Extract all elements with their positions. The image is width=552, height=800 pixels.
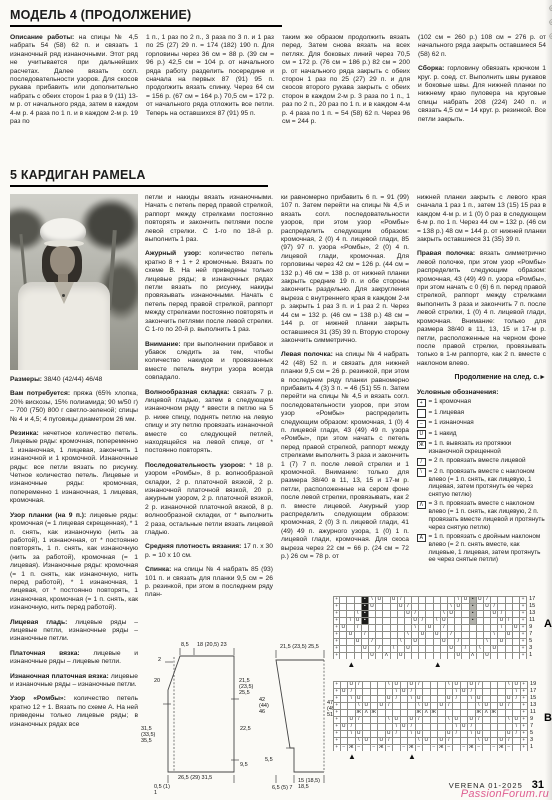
chart-cell: \ bbox=[408, 730, 416, 737]
chart-cell bbox=[378, 681, 386, 688]
chart-row-number: 5 bbox=[530, 730, 533, 737]
chart-cell: – bbox=[506, 744, 514, 751]
chart-cell: \ bbox=[355, 610, 362, 617]
model-face bbox=[50, 246, 75, 276]
chart-cell: \ bbox=[453, 688, 461, 695]
chart-repeat-arrows: ▲▲ bbox=[333, 659, 552, 673]
chart-cell bbox=[498, 709, 506, 716]
chart-cell bbox=[498, 645, 505, 652]
chart-row: +–Ж––Ж––Ж––Ж––Ж––Ж–+1 bbox=[333, 744, 552, 751]
chart-cell: Ж bbox=[356, 709, 364, 716]
chart-cell bbox=[448, 624, 455, 631]
chart-cell: / bbox=[398, 596, 405, 603]
chart-cell bbox=[491, 681, 499, 688]
chart-cell: • bbox=[362, 610, 369, 617]
repeat-arrow-icon: ▲ bbox=[408, 752, 416, 761]
chart-cell: / bbox=[506, 617, 513, 624]
paragraph: Резинка: нечетное количество петель. Лиц… bbox=[10, 430, 138, 506]
chart-cell bbox=[513, 702, 521, 709]
measure-label: 21,5 (23,5) 25,5 bbox=[239, 678, 265, 697]
chart-cell: U bbox=[341, 688, 349, 695]
chart-cell bbox=[376, 638, 383, 645]
paragraph-lead: Левая полочка: bbox=[281, 351, 333, 358]
chart-cell: Λ bbox=[383, 652, 390, 659]
stitch-symbol-icon: \ bbox=[417, 468, 426, 477]
legend-item: Λ= 3 п. провязать вместе с наклоном влев… bbox=[417, 500, 546, 531]
schematic-body-outline bbox=[168, 656, 234, 772]
chart-cell bbox=[355, 631, 362, 638]
chart-cell: + bbox=[520, 603, 527, 610]
chart-cell bbox=[378, 716, 386, 723]
chart-cell bbox=[455, 610, 462, 617]
chart-repeat-arrows: ▲▲ bbox=[333, 751, 552, 765]
chart-cell: / bbox=[455, 638, 462, 645]
schematic-outlines bbox=[138, 642, 353, 797]
chart-cell bbox=[419, 624, 426, 631]
chart-cell: U bbox=[461, 688, 469, 695]
chart-cell bbox=[423, 681, 431, 688]
chart-cell bbox=[376, 624, 383, 631]
chart-cell: U bbox=[408, 716, 416, 723]
chart-row: +ЖΛЖЖΛЖЖΛЖ+11 bbox=[333, 709, 552, 716]
chart-cell bbox=[491, 617, 498, 624]
chart-cell: / bbox=[506, 702, 514, 709]
chart-cell bbox=[498, 596, 505, 603]
chart-cell bbox=[506, 596, 513, 603]
chart-cell: U bbox=[434, 631, 441, 638]
chart-cell: / bbox=[453, 695, 461, 702]
paragraph: Волнообразная складка: связать 7 р. лице… bbox=[145, 389, 273, 456]
chart-cell bbox=[498, 716, 506, 723]
chart-cell bbox=[484, 624, 491, 631]
chart-cell: + bbox=[520, 610, 527, 617]
chart-cell bbox=[363, 723, 371, 730]
stitch-symbol-icon: – bbox=[417, 420, 426, 429]
chart-cell: / bbox=[491, 603, 498, 610]
chart-cell: \ bbox=[448, 603, 455, 610]
chart-cell bbox=[438, 730, 446, 737]
chart-cell: \ bbox=[498, 624, 505, 631]
pamela-column-1: Размеры: 38/40 (42/44) 46/48 Вам потребу… bbox=[10, 194, 138, 790]
chart-cell: U bbox=[348, 681, 356, 688]
chart-cell bbox=[506, 723, 514, 730]
paragraph-lead: Последовательность узоров: bbox=[145, 462, 245, 469]
chart-cell: + bbox=[521, 744, 529, 751]
chart-cell bbox=[434, 596, 441, 603]
chart-cell bbox=[356, 688, 364, 695]
page-title: МОДЕЛЬ 4 (ПРОДОЛЖЕНИЕ) bbox=[10, 8, 282, 27]
chart-cell bbox=[347, 624, 354, 631]
chart-cell: U bbox=[378, 702, 386, 709]
chart-cell bbox=[376, 610, 383, 617]
chart-cell bbox=[477, 624, 484, 631]
chart-cell bbox=[376, 603, 383, 610]
model4-column-4: (102 см = 260 р.) 108 см = 276 р. от нач… bbox=[418, 34, 546, 132]
chart-b-lace: +U/\UU/\UU/\U+19+U/\U/\U/\+17+\UU/\UU/\U… bbox=[333, 681, 552, 765]
chart-cell bbox=[340, 652, 347, 659]
paragraph-lead: Лицевая гладь: bbox=[10, 619, 67, 626]
paragraph-text: петли и накиды вязать изнаночными. Начат… bbox=[145, 194, 273, 243]
chart-cell: \ bbox=[405, 631, 412, 638]
chart-cell bbox=[371, 688, 379, 695]
pamela-column-3: ки равномерно прибавить 6 п. = 91 (99) 1… bbox=[281, 194, 409, 604]
chart-row: +\UU/\UU/\UU/+3 bbox=[333, 737, 552, 744]
chart-cell bbox=[356, 723, 364, 730]
chart-cell bbox=[363, 730, 371, 737]
chart-cell: + bbox=[520, 631, 527, 638]
chart-cell: U bbox=[468, 716, 476, 723]
chart-cell: + bbox=[333, 631, 340, 638]
paragraph-text: (102 см = 260 р.) 108 см = 276 р. от нач… bbox=[418, 34, 546, 58]
chart-cell bbox=[462, 624, 469, 631]
chart-cell bbox=[378, 723, 386, 730]
chart-cell bbox=[441, 631, 448, 638]
chart-cell bbox=[371, 737, 379, 744]
chart-cell: + bbox=[520, 652, 527, 659]
chart-cell: / bbox=[462, 645, 469, 652]
chart-cell bbox=[434, 652, 441, 659]
chart-row: +\U•U/\U•U/+11 bbox=[333, 617, 552, 624]
chart-cell bbox=[391, 652, 398, 659]
chart-row-number: 7 bbox=[530, 723, 533, 730]
chart-cell bbox=[431, 730, 439, 737]
chart-cell bbox=[378, 695, 386, 702]
chart-cell: \ bbox=[513, 688, 521, 695]
chart-cell: \ bbox=[506, 681, 514, 688]
chart-cell: Λ bbox=[470, 652, 477, 659]
chart-cell bbox=[363, 688, 371, 695]
chart-cell bbox=[347, 603, 354, 610]
chart-cell bbox=[369, 624, 376, 631]
chart-cell: U bbox=[412, 638, 419, 645]
chart-cell: – bbox=[416, 744, 424, 751]
repeat-arrow-icon: ▲ bbox=[434, 660, 442, 669]
chart-row: +\UU/\UU/\UU/+13 bbox=[333, 702, 552, 709]
chart-row-number: 17 bbox=[530, 688, 536, 695]
chart-cell: U bbox=[446, 695, 454, 702]
chart-cell: Ж bbox=[371, 709, 379, 716]
chart-cell: U bbox=[506, 631, 513, 638]
paragraph: Сборка: горловину обвязать крючком 1 кру… bbox=[418, 65, 546, 124]
paragraph: Последовательность узоров: * 18 р. узоро… bbox=[145, 462, 273, 538]
chart-cell: \ bbox=[398, 638, 405, 645]
chart-cell bbox=[391, 603, 398, 610]
chart-cell bbox=[347, 645, 354, 652]
chart-cell: U bbox=[423, 702, 431, 709]
chart-row-number: 1 bbox=[529, 652, 532, 659]
paragraph-text: на спицы № 4 набрать 42 (48) 52 п. и свя… bbox=[281, 351, 409, 560]
chart-cell bbox=[398, 617, 405, 624]
chart-cell bbox=[453, 744, 461, 751]
measure-label: 15 (18,5) 18,5 bbox=[298, 778, 328, 790]
chart-cell bbox=[378, 709, 386, 716]
palm-tree-icon bbox=[78, 196, 138, 254]
chart-cell bbox=[513, 652, 520, 659]
chart-cell bbox=[431, 702, 439, 709]
paragraph-text: * 18 р. узором «Ромбы», 8 р. волнообразн… bbox=[145, 462, 273, 536]
chart-cell: U bbox=[498, 737, 506, 744]
paragraph: 1 п., 1 раз по 2 п., 3 раза по 3 п. и 1 … bbox=[146, 34, 274, 118]
chart-cell: + bbox=[333, 652, 340, 659]
chart-cell bbox=[491, 638, 498, 645]
chart-cell bbox=[419, 638, 426, 645]
chart-cell bbox=[477, 638, 484, 645]
chart-cell bbox=[483, 744, 491, 751]
chart-cell: U bbox=[453, 681, 461, 688]
chart-row-number: 7 bbox=[529, 631, 532, 638]
chart-cell bbox=[468, 737, 476, 744]
chart-cell bbox=[355, 645, 362, 652]
chart-cell bbox=[438, 688, 446, 695]
chart-cell: U bbox=[408, 681, 416, 688]
chart-cell: + bbox=[520, 645, 527, 652]
chart-cell: + bbox=[333, 744, 341, 751]
chart-cell: \ bbox=[369, 596, 376, 603]
chart-cell: U bbox=[513, 716, 521, 723]
chart-cell bbox=[434, 610, 441, 617]
paragraph: Вам потребуется: пряжа (65% хлопка, 20% … bbox=[10, 390, 138, 424]
chart-cell bbox=[513, 617, 520, 624]
legend-item-text: = 2 п. провязать вместе с наклоном влево… bbox=[429, 468, 547, 499]
chart-cell: U bbox=[401, 723, 409, 730]
chart-cell bbox=[506, 610, 513, 617]
chart-cell bbox=[369, 610, 376, 617]
chart-cell bbox=[391, 610, 398, 617]
chart-cell: + bbox=[333, 716, 341, 723]
chart-cell bbox=[386, 723, 394, 730]
chart-cell bbox=[340, 603, 347, 610]
chart-cell bbox=[470, 645, 477, 652]
measure-label: 2 bbox=[158, 657, 161, 663]
chart-cell bbox=[401, 716, 409, 723]
chart-cell bbox=[426, 652, 433, 659]
measure-label: 31,5 (33,5) 35,5 bbox=[141, 726, 165, 745]
measure-label: 5,5 bbox=[265, 757, 273, 763]
chart-cell bbox=[506, 688, 514, 695]
chart-cell: • bbox=[470, 610, 477, 617]
chart-cell: + bbox=[521, 737, 529, 744]
registration-mark-icon: ⊕ bbox=[548, 4, 552, 13]
chart-cell bbox=[341, 709, 349, 716]
chart-cell bbox=[426, 638, 433, 645]
chart-cell bbox=[426, 603, 433, 610]
chart-cell: U bbox=[356, 695, 364, 702]
chart-cell: + bbox=[521, 716, 529, 723]
chart-cell: – bbox=[356, 744, 364, 751]
chart-cell bbox=[498, 652, 505, 659]
chart-cell bbox=[461, 737, 469, 744]
chart-cell bbox=[369, 617, 376, 624]
chart-cell bbox=[416, 723, 424, 730]
chart-row-number: 13 bbox=[529, 610, 535, 617]
chart-cell: Ж bbox=[408, 744, 416, 751]
chart-cell: / bbox=[356, 716, 364, 723]
chart-cell: Ж bbox=[438, 744, 446, 751]
paragraph-text: связать 7 р. лицевой гладью, затем в сле… bbox=[145, 389, 273, 455]
chart-cell bbox=[383, 617, 390, 624]
chart-cell bbox=[446, 709, 454, 716]
chart-cell: U bbox=[386, 730, 394, 737]
chart-cell: U bbox=[355, 638, 362, 645]
chart-cell: U bbox=[491, 645, 498, 652]
paragraph-text: количество петель кратно 8 + 1 + 2 кромо… bbox=[145, 250, 273, 333]
registration-mark-icon: ⊕ bbox=[548, 32, 552, 41]
chart-cell bbox=[491, 624, 498, 631]
chart-cell bbox=[340, 596, 347, 603]
chart-cell bbox=[477, 631, 484, 638]
chart-cell: U bbox=[498, 638, 505, 645]
paragraph-text: на спицы № 4,5 набрать 54 (58) 62 п. и с… bbox=[10, 34, 138, 125]
paragraph: Узор «Ромбы»: количество петель кратно 1… bbox=[10, 695, 138, 729]
chart-cell bbox=[383, 645, 390, 652]
chart-cell bbox=[484, 631, 491, 638]
chart-row: +UΛUUΛU+1 bbox=[333, 652, 552, 659]
measure-label: 21,5 (23,5) 25,5 bbox=[280, 644, 319, 650]
chart-cell bbox=[491, 652, 498, 659]
chart-cell bbox=[461, 702, 469, 709]
chart-cell: + bbox=[521, 723, 529, 730]
measure-label: 9,5 bbox=[240, 762, 248, 768]
paragraph-lead: Узор планки (на 9 п.): bbox=[10, 512, 86, 519]
pamela-column-4: нижней планки закрыть с левого края снач… bbox=[417, 194, 546, 596]
chart-cell bbox=[393, 744, 401, 751]
paragraph-lead: Изнаночная платочная вязка: bbox=[10, 673, 109, 680]
legend-item-text: = 1 п. вывязать из протяжки изнаночной с… bbox=[429, 440, 547, 456]
chart-row: +•UU/\U•U/+15 bbox=[333, 603, 552, 610]
chart-cell bbox=[423, 688, 431, 695]
chart-row: +U/\UU/\UU/\U+9 bbox=[333, 716, 552, 723]
chart-cell bbox=[476, 723, 484, 730]
chart-cell bbox=[347, 596, 354, 603]
chart-cell bbox=[434, 638, 441, 645]
chart-cell bbox=[362, 624, 369, 631]
paragraph-text: 38/40 (42/44) 46/48 bbox=[44, 376, 102, 383]
paragraph: нижней планки закрыть с левого края снач… bbox=[417, 194, 546, 244]
chart-cell bbox=[468, 709, 476, 716]
paragraph: Платочная вязка: лицевые и изнаночные ря… bbox=[10, 650, 138, 667]
chart-cell bbox=[477, 617, 484, 624]
chart-cell: / bbox=[476, 716, 484, 723]
chart-cell: U bbox=[369, 652, 376, 659]
chart-cell: / bbox=[376, 645, 383, 652]
legend-item: U= 1 накид bbox=[417, 430, 546, 439]
chart-cell bbox=[462, 652, 469, 659]
chart-cell: \ bbox=[347, 617, 354, 624]
chart-cell: U bbox=[363, 737, 371, 744]
chart-cell: + bbox=[333, 737, 341, 744]
chart-cell bbox=[412, 603, 419, 610]
chart-cell bbox=[347, 610, 354, 617]
chart-cell bbox=[438, 681, 446, 688]
chart-cell bbox=[483, 730, 491, 737]
paragraph-text: горловину обвязать крючком 1 круг. р. со… bbox=[418, 65, 546, 122]
measure-label: 8,5 bbox=[181, 642, 189, 648]
chart-row-number: 3 bbox=[530, 737, 533, 744]
chart-cell: \ bbox=[416, 737, 424, 744]
chart-cell bbox=[355, 596, 362, 603]
chart-cell: \ bbox=[356, 702, 364, 709]
chart-cell bbox=[506, 652, 513, 659]
chart-cell bbox=[341, 695, 349, 702]
chart-cell bbox=[498, 695, 506, 702]
stitch-symbol-icon: + bbox=[417, 399, 426, 408]
stitch-symbol-icon: Ж bbox=[417, 441, 426, 450]
repeat-arrow-icon: ▲ bbox=[348, 752, 356, 761]
chart-cell: + bbox=[333, 596, 340, 603]
chart-cell bbox=[398, 645, 405, 652]
chart-cell bbox=[513, 603, 520, 610]
chart-cell: / bbox=[408, 723, 416, 730]
chart-row: +U/\UU/\U+5 bbox=[333, 638, 552, 645]
chart-cell: U bbox=[340, 624, 347, 631]
paragraph-lead: Внимание: bbox=[145, 341, 181, 348]
legend-item-text: = 1 изнаночная bbox=[429, 419, 474, 428]
chart-row: +•\UU/\U•U/+17 bbox=[333, 596, 552, 603]
chart-cell bbox=[513, 631, 520, 638]
chart-cell bbox=[378, 730, 386, 737]
chart-cell bbox=[340, 631, 347, 638]
chart-cell: U bbox=[477, 596, 484, 603]
chart-cell bbox=[426, 596, 433, 603]
chart-cell bbox=[462, 610, 469, 617]
chart-cell bbox=[355, 603, 362, 610]
chart-cell: U bbox=[455, 652, 462, 659]
chart-cell bbox=[426, 610, 433, 617]
chart-cell: \ bbox=[348, 730, 356, 737]
chart-cell: / bbox=[408, 688, 416, 695]
chart-row-number: 1 bbox=[530, 744, 533, 751]
chart-cell: + bbox=[333, 702, 341, 709]
chart-cell: – bbox=[386, 744, 394, 751]
chart-cell: / bbox=[412, 610, 419, 617]
paragraph-text: таким же образом продолжить вязать перед… bbox=[282, 34, 410, 125]
chart-cell bbox=[431, 737, 439, 744]
chart-cell bbox=[419, 603, 426, 610]
chart-cell: U bbox=[412, 617, 419, 624]
pattern-schematic: 2 8,5 18 (20,5) 23 20 31,5 (33,5) 35,5 2… bbox=[138, 642, 353, 797]
chart-cell: U bbox=[347, 631, 354, 638]
chart-row-number: 19 bbox=[530, 681, 536, 688]
chart-cell bbox=[405, 652, 412, 659]
chart-cell bbox=[431, 695, 439, 702]
chart-cell: \ bbox=[348, 695, 356, 702]
chart-cell bbox=[461, 709, 469, 716]
chart-cell: U bbox=[363, 702, 371, 709]
chart-cell bbox=[462, 638, 469, 645]
chart-cell bbox=[363, 716, 371, 723]
chart-cell bbox=[483, 681, 491, 688]
chart-cell: U bbox=[476, 695, 484, 702]
chart-cell bbox=[383, 610, 390, 617]
chart-cell: \ bbox=[453, 723, 461, 730]
chart-cell bbox=[398, 631, 405, 638]
paragraph: Изнаночная платочная вязка: лицевые и из… bbox=[10, 673, 138, 690]
chart-cell: – bbox=[446, 744, 454, 751]
paragraph-lead: Узор «Ромбы»: bbox=[10, 695, 66, 702]
stitch-symbol-icon: A bbox=[417, 534, 426, 543]
chart-cell bbox=[405, 617, 412, 624]
chart-cell bbox=[341, 730, 349, 737]
chart-cell bbox=[513, 596, 520, 603]
chart-cell: / bbox=[448, 631, 455, 638]
chart-cell: U bbox=[476, 730, 484, 737]
chart-cell bbox=[412, 631, 419, 638]
chart-cell: U bbox=[506, 695, 514, 702]
chart-cell: • bbox=[470, 603, 477, 610]
chart-cell bbox=[348, 737, 356, 744]
chart-cell: / bbox=[386, 702, 394, 709]
paragraph-text: нижней планки закрыть с левого края снач… bbox=[417, 194, 546, 243]
